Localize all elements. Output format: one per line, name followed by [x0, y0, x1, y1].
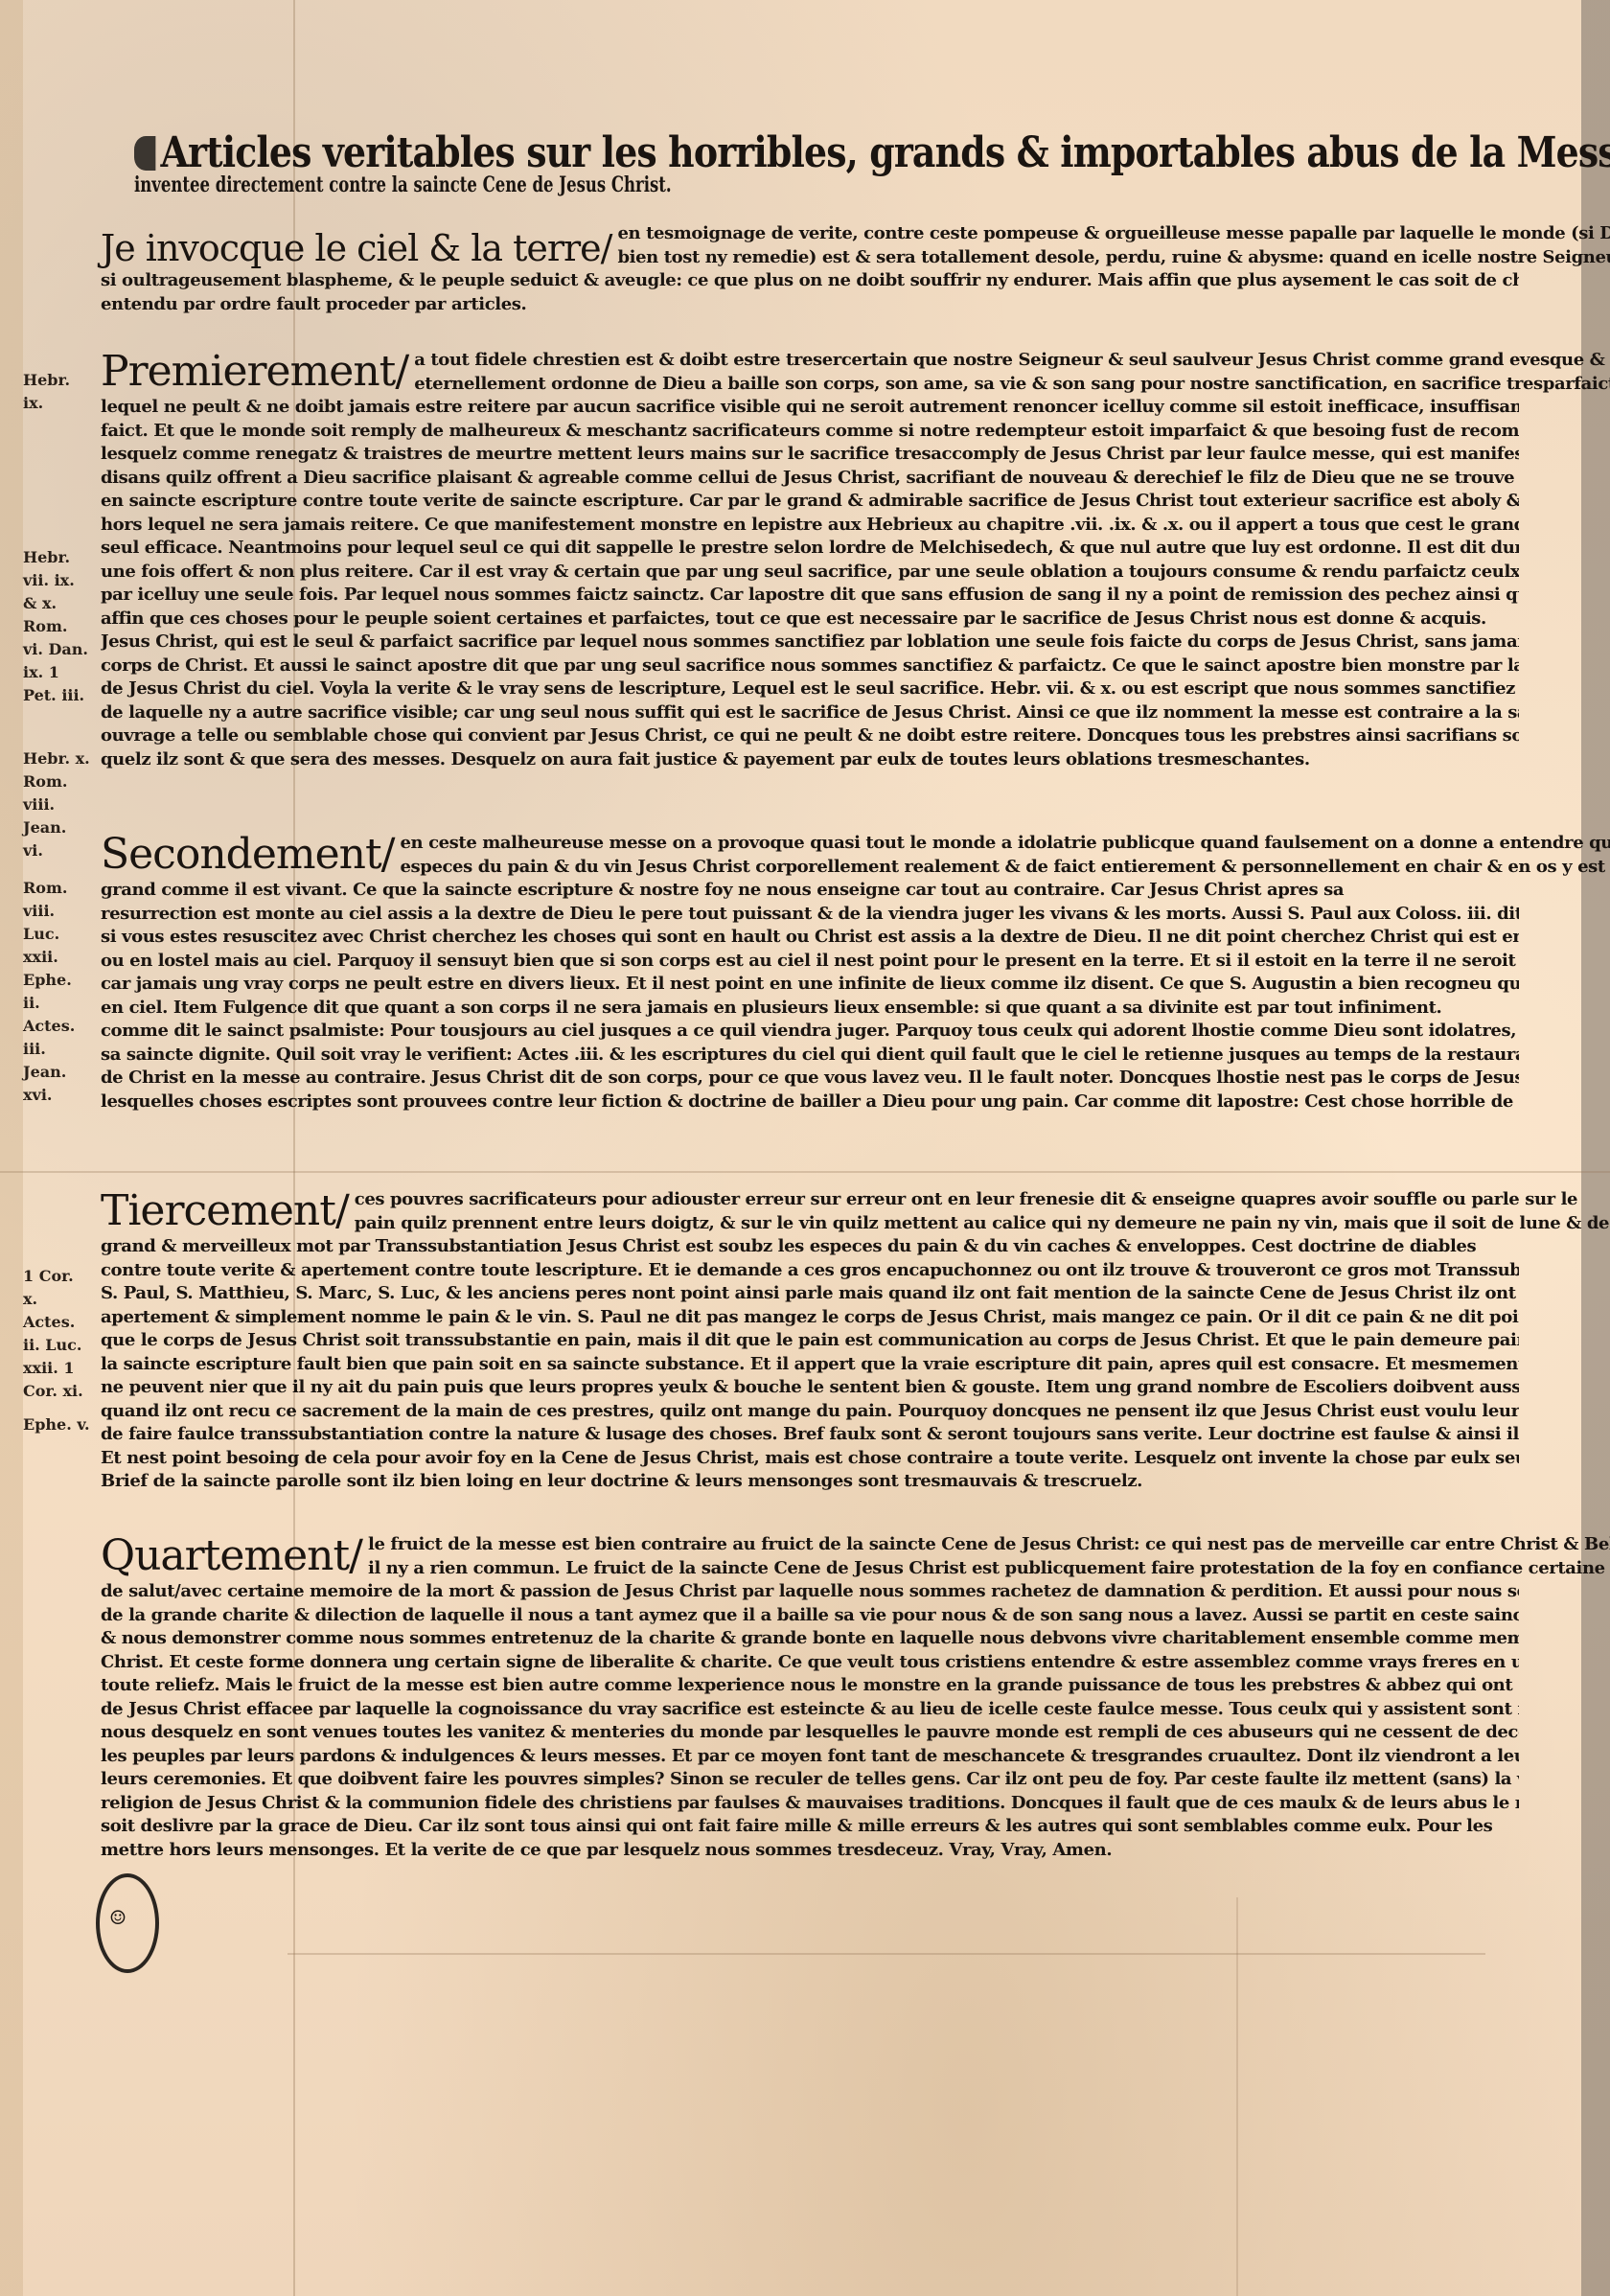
vertical-fold-line-lower [1236, 1897, 1238, 2296]
document-title: Articles veritables sur les horribles, g… [134, 128, 1610, 177]
section-quartement: Quartement/ le fruict de la messe est bi… [101, 1531, 1519, 1862]
section-secondement: Secondement/ en ceste malheureuse messe … [101, 830, 1519, 1114]
margin-note: 1 Cor. x. Actes. ii. Luc. xxii. 1 Cor. x… [23, 1265, 90, 1403]
section-heading: Tiercement/ [101, 1186, 349, 1235]
section-heading: Quartement/ [101, 1531, 362, 1580]
margin-note: Hebr. ix. [23, 369, 90, 415]
section-heading: Premierement/ [101, 347, 408, 396]
margin-note: Ephe. v. [23, 1413, 90, 1436]
section-tiercement: Tiercement/ ces pouvres sacrificateurs p… [101, 1186, 1519, 1494]
paper-background [0, 0, 1610, 2296]
lower-fold-line [287, 1953, 1485, 1955]
section-premierement: Premierement/ a tout fidele chrestien es… [101, 347, 1519, 771]
section-heading: Secondement/ [101, 830, 394, 879]
pilcrow-icon [134, 136, 155, 171]
margin-note: Hebr. x. Rom. viii. Jean. vi. [23, 747, 90, 862]
horizontal-fold-line [0, 1171, 1610, 1173]
seal-stamp-icon: ☺ [96, 1873, 159, 1973]
margin-note: Hebr. vii. ix. & x. Rom. vi. Dan. ix. 1 … [23, 546, 90, 707]
document-subtitle: inventee directement contre la saincte C… [134, 172, 672, 197]
vertical-fold-line [293, 0, 295, 2296]
intro-heading: Je invocque le ciel & la terre/ [101, 227, 611, 269]
margin-note: Rom. viii. Luc. xxii. Ephe. ii. Actes. i… [23, 877, 90, 1107]
intro-section: Je invocque le ciel & la terre/ en tesmo… [101, 222, 1519, 316]
